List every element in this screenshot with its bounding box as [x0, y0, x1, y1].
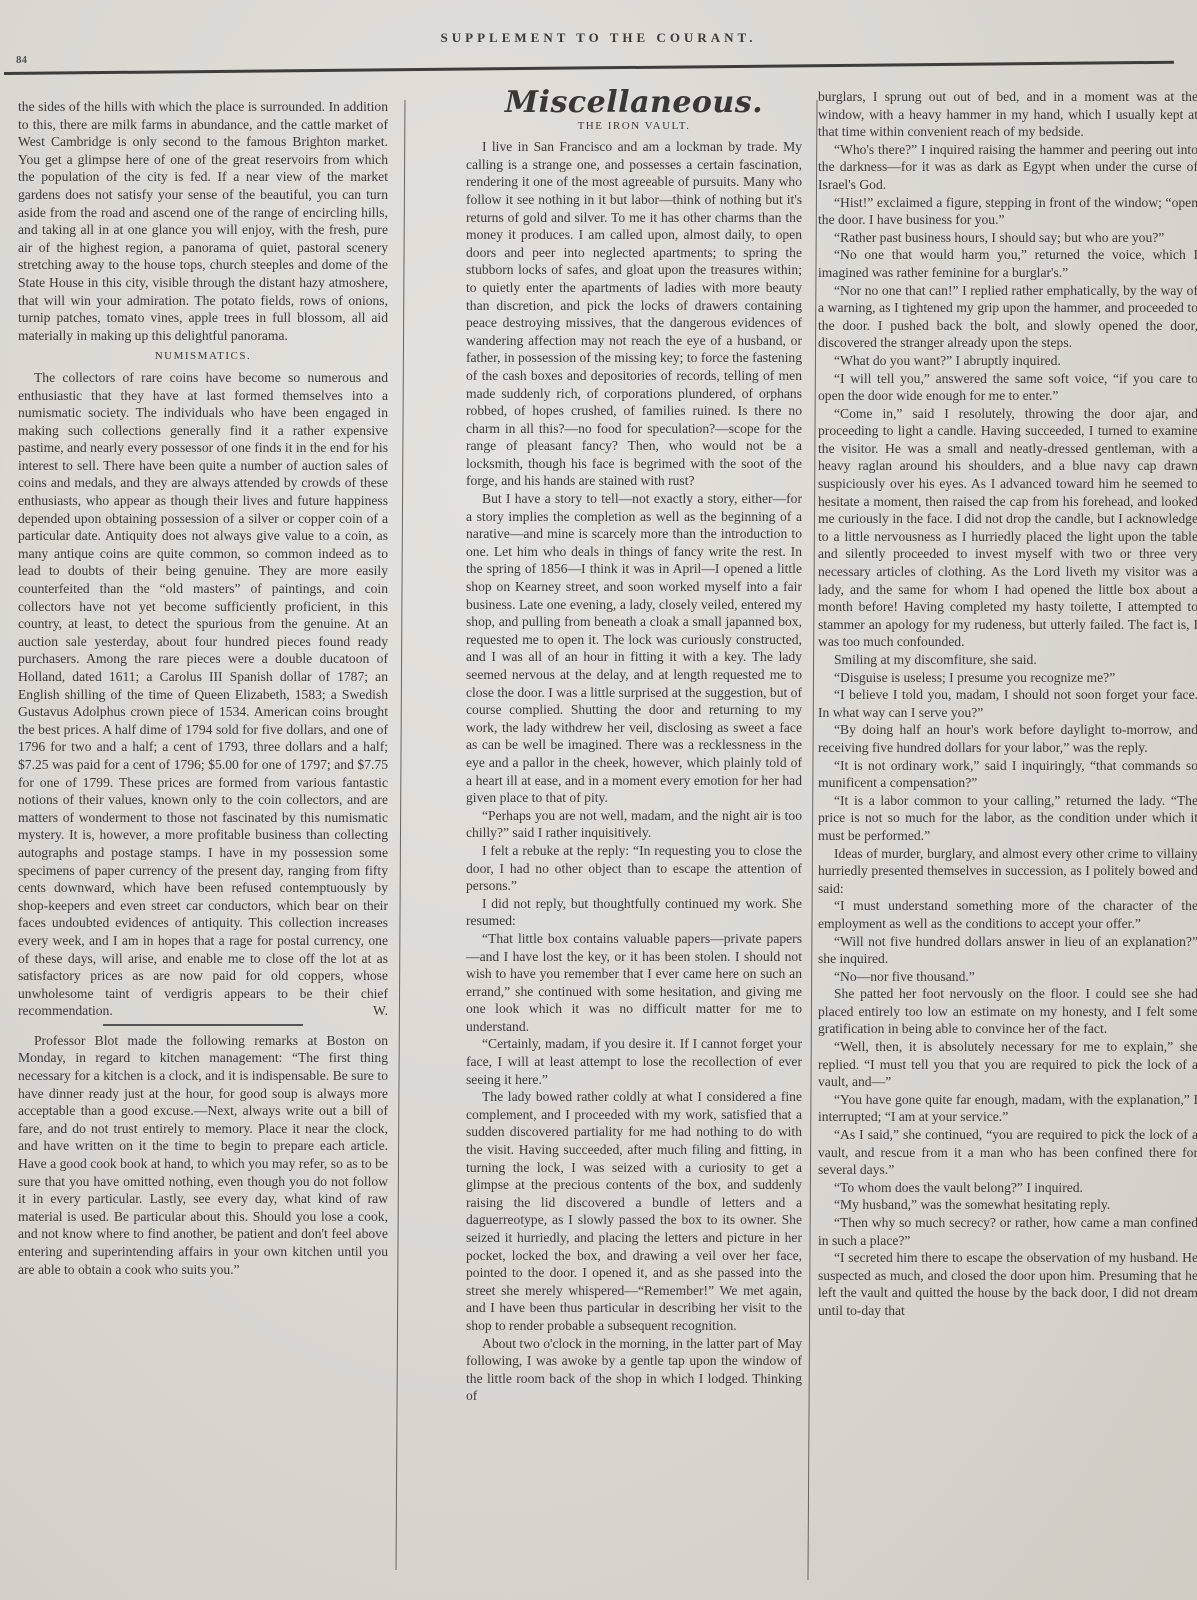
- story-paragraph: I felt a rebuke at the reply: “In reques…: [466, 842, 802, 895]
- story-paragraph: “You have gone quite far enough, madam, …: [818, 1091, 1197, 1126]
- column-2: Miscellaneous. THE IRON VAULT. I live in…: [466, 92, 802, 1405]
- story-paragraph: About two o'clock in the morning, in the…: [466, 1335, 802, 1405]
- story-paragraph: “Disguise is useless; I presume you reco…: [818, 669, 1197, 687]
- story-paragraph: “Hist!” exclaimed a figure, stepping in …: [818, 194, 1197, 229]
- story-paragraph: “Come in,” said I resolutely, throwing t…: [818, 405, 1197, 651]
- story-paragraph: Smiling at my discomfiture, she said.: [818, 651, 1197, 669]
- story-paragraph: The lady bowed rather coldly at what I c…: [466, 1088, 802, 1334]
- story-paragraph: “My husband,” was the somewhat hesitatin…: [818, 1196, 1197, 1214]
- page-number: 84: [16, 54, 27, 66]
- story-paragraph: “Perhaps you are not well, madam, and th…: [466, 807, 802, 842]
- story-paragraph: “It is not ordinary work,” said I inquir…: [818, 757, 1197, 792]
- story-paragraph: “Will not five hundred dollars answer in…: [818, 933, 1197, 968]
- story-paragraph: I live in San Francisco and am a lockman…: [466, 138, 802, 490]
- masthead: SUPPLEMENT TO THE COURANT.: [0, 30, 1197, 46]
- story-paragraph: burglars, I sprung out out of bed, and i…: [818, 88, 1197, 141]
- story-paragraph: Ideas of murder, burglary, and almost ev…: [818, 845, 1197, 898]
- numismatics-heading: NUMISMATICS.: [18, 348, 388, 366]
- story-paragraph: “To whom does the vault belong?” I inqui…: [818, 1179, 1197, 1197]
- story-paragraph: “Rather past business hours, I should sa…: [818, 229, 1197, 247]
- column-divider: [807, 100, 817, 1580]
- article-paragraph: Professor Blot made the following remark…: [18, 1032, 388, 1278]
- story-title: THE IRON VAULT.: [466, 118, 802, 136]
- story-paragraph: “Then why so much secrecy? or rather, ho…: [818, 1214, 1197, 1249]
- numismatics-text: The collectors of rare coins have become…: [18, 370, 388, 1018]
- article-separator: [103, 1024, 303, 1026]
- masthead-rule: [4, 61, 1174, 75]
- article-signature: W.: [357, 1002, 388, 1020]
- story-paragraph: I did not reply, but thoughtfully contin…: [466, 895, 802, 930]
- story-paragraph: “Well, then, it is absolutely necessary …: [818, 1038, 1197, 1091]
- story-paragraph: But I have a story to tell—not exactly a…: [466, 490, 802, 807]
- story-paragraph: “I secreted him there to escape the obse…: [818, 1249, 1197, 1319]
- story-paragraph: “As I said,” she continued, “you are req…: [818, 1126, 1197, 1179]
- story-paragraph: “I will tell you,” answered the same sof…: [818, 370, 1197, 405]
- story-paragraph: “I must understand something more of the…: [818, 897, 1197, 932]
- article-paragraph: The collectors of rare coins have become…: [18, 369, 388, 1020]
- story-paragraph: “That little box contains valuable paper…: [466, 930, 802, 1036]
- story-paragraph: “By doing half an hour's work before day…: [818, 721, 1197, 756]
- story-paragraph: “I believe I told you, madam, I should n…: [818, 686, 1197, 721]
- column-divider: [396, 100, 406, 1570]
- story-paragraph: “No—nor five thousand.”: [818, 968, 1197, 986]
- story-paragraph: “It is a labor common to your calling,” …: [818, 792, 1197, 845]
- story-paragraph: “Who's there?” I inquired raising the ha…: [818, 141, 1197, 194]
- article-paragraph: the sides of the hills with which the pl…: [18, 98, 388, 344]
- story-paragraph: “Nor no one that can!” I replied rather …: [818, 282, 1197, 352]
- section-title: Miscellaneous.: [466, 94, 802, 112]
- story-paragraph: “What do you want?” I abruptly inquired.: [818, 352, 1197, 370]
- story-paragraph: “Certainly, madam, if you desire it. If …: [466, 1035, 802, 1088]
- column-1: the sides of the hills with which the pl…: [18, 98, 388, 1278]
- column-3: burglars, I sprung out out of bed, and i…: [818, 88, 1197, 1320]
- story-paragraph: “No one that would harm you,” returned t…: [818, 246, 1197, 281]
- story-paragraph: She patted her foot nervously on the flo…: [818, 985, 1197, 1038]
